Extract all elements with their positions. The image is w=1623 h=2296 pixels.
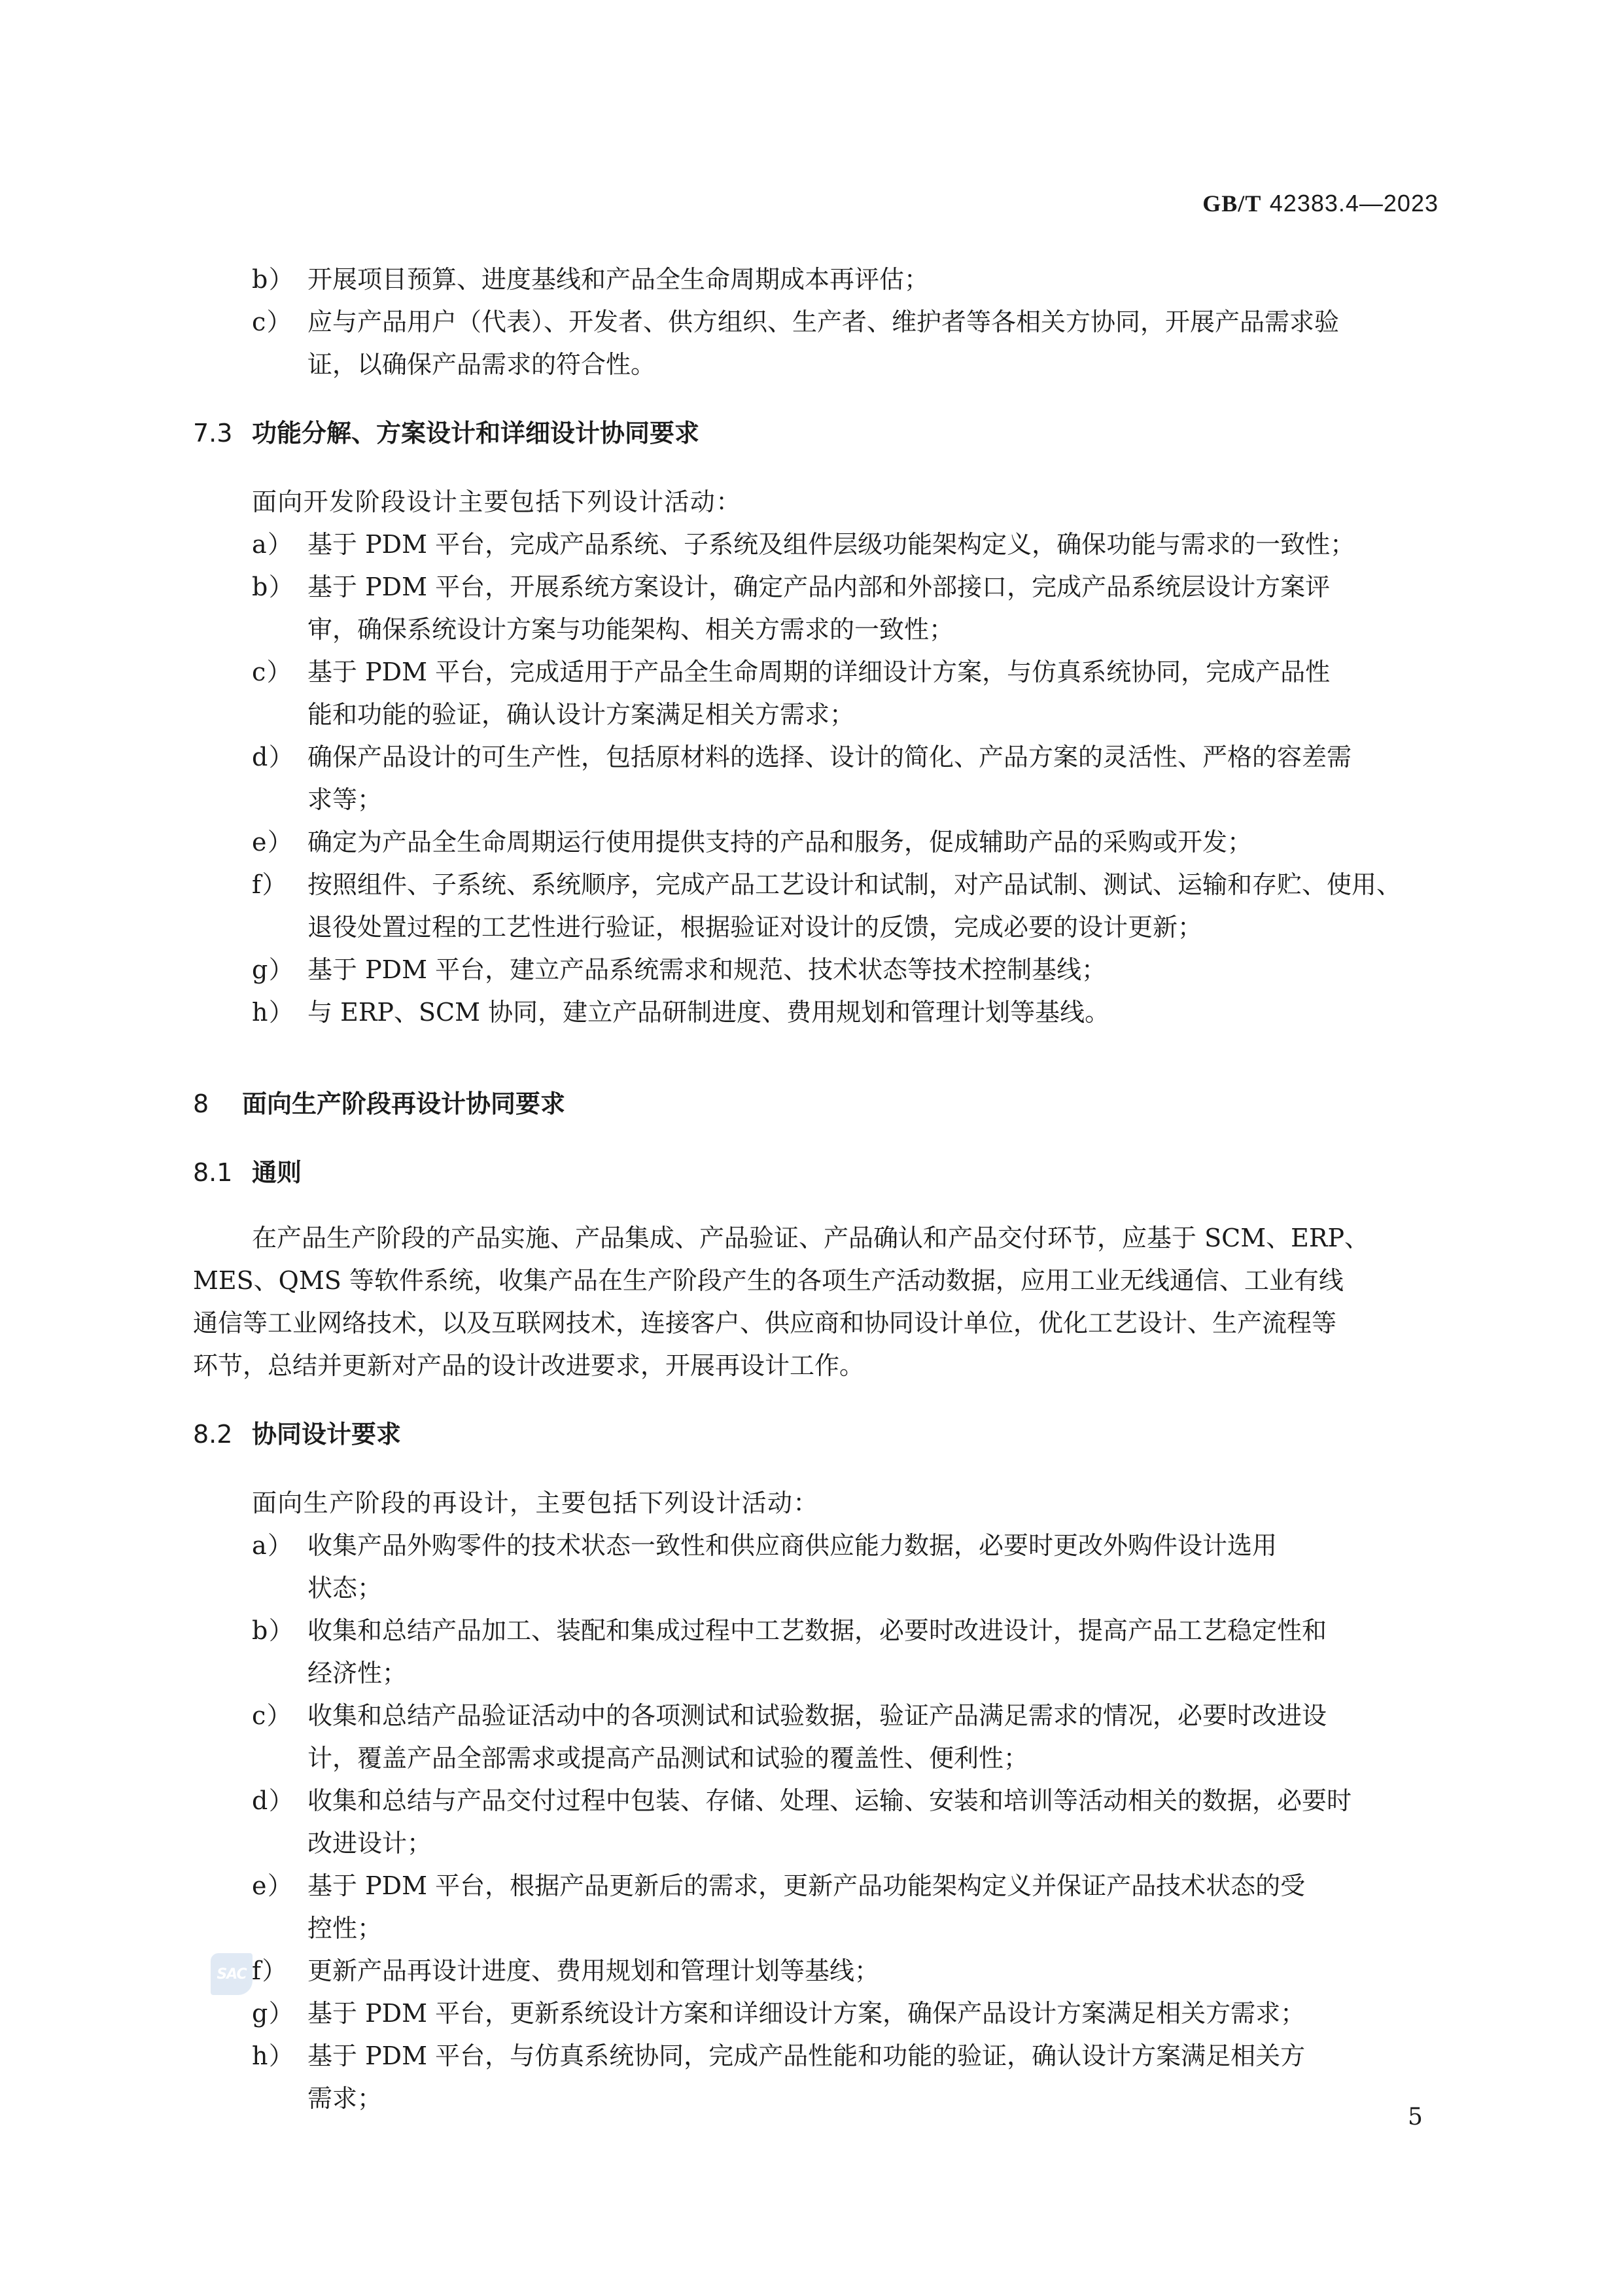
section-title: 协同设计要求: [252, 1420, 401, 1449]
section-number: 8: [193, 1083, 242, 1125]
list-item-text: 改进设计；: [307, 1822, 1439, 1865]
page-number: 5: [1408, 2104, 1423, 2130]
list-marker: e）: [252, 821, 293, 864]
list-item-text: 经济性；: [307, 1652, 1439, 1695]
list-item: g） 基于 PDM 平台，更新系统设计方案和详细设计方案，确保产品设计方案满足相…: [193, 1992, 1439, 2035]
list-item-text: 基于 PDM 平台，根据产品更新后的需求，更新产品功能架构定义并保证产品技术状态…: [307, 1865, 1439, 1907]
list-item: d） 收集和总结与产品交付过程中包装、存储、处理、运输、安装和培训等活动相关的数…: [193, 1780, 1439, 1865]
list-item-text: 收集和总结与产品交付过程中包装、存储、处理、运输、安装和培训等活动相关的数据，必…: [307, 1780, 1439, 1822]
list-item: f） 按照组件、子系统、系统顺序，完成产品工艺设计和试制，对产品试制、测试、运输…: [193, 864, 1439, 949]
list-item-text: 基于 PDM 平台，更新系统设计方案和详细设计方案，确保产品设计方案满足相关方需…: [307, 1992, 1439, 2035]
list-marker: c）: [252, 1695, 292, 1737]
list-item-text: 确保产品设计的可生产性，包括原材料的选择、设计的简化、产品方案的灵活性、严格的容…: [307, 736, 1439, 779]
section-heading-7-3: 7.3功能分解、方案设计和详细设计协同要求: [193, 412, 1439, 455]
general-paragraph: 在产品生产阶段的产品实施、产品集成、产品验证、产品确认和产品交付环节，应基于 S…: [193, 1217, 1439, 1387]
section-number: 7.3: [193, 412, 252, 455]
section-heading-8-1: 8.1通则: [193, 1152, 1439, 1194]
list-item-text: 收集和总结产品加工、装配和集成过程中工艺数据，必要时改进设计，提高产品工艺稳定性…: [307, 1610, 1439, 1652]
list-item-text: 更新产品再设计进度、费用规划和管理计划等基线；: [307, 1950, 1439, 1992]
section-heading-8-2: 8.2协同设计要求: [193, 1413, 1439, 1456]
list-item: h） 与 ERP、SCM 协同，建立产品研制进度、费用规划和管理计划等基线。: [193, 991, 1439, 1034]
design-activities-list-8-2: a） 收集产品外购零件的技术状态一致性和供应商供应能力数据，必要时更改外购件设计…: [193, 1525, 1439, 2120]
list-item-text: 计，覆盖产品全部需求或提高产品测试和试验的覆盖性、便利性；: [307, 1737, 1439, 1780]
list-item-text: 证，以确保产品需求的符合性。: [307, 344, 1439, 386]
list-item: a） 基于 PDM 平台，完成产品系统、子系统及组件层级功能架构定义，确保功能与…: [193, 523, 1439, 566]
list-item: e） 确定为产品全生命周期运行使用提供支持的产品和服务，促成辅助产品的采购或开发…: [193, 821, 1439, 864]
list-item-text: 基于 PDM 平台，开展系统方案设计，确定产品内部和外部接口，完成产品系统层设计…: [307, 566, 1439, 609]
document-body: b） 开展项目预算、进度基线和产品全生命周期成本再评估； c） 应与产品用户（代…: [193, 258, 1439, 2120]
list-item-text: 能和功能的验证，确认设计方案满足相关方需求；: [307, 694, 1439, 736]
list-marker: f）: [252, 1950, 288, 1992]
list-marker: c）: [252, 301, 292, 344]
section-title: 面向生产阶段再设计协同要求: [242, 1089, 565, 1118]
section-intro: 面向开发阶段设计主要包括下列设计活动：: [193, 481, 1439, 523]
list-marker: g）: [252, 1992, 294, 2035]
list-marker: d）: [252, 1780, 294, 1822]
paragraph-line: MES、QMS 等软件系统，收集产品在生产阶段产生的各项生产活动数据，应用工业无…: [193, 1260, 1439, 1302]
paragraph-line: 在产品生产阶段的产品实施、产品集成、产品验证、产品确认和产品交付环节，应基于 S…: [193, 1217, 1439, 1260]
list-item: b） 收集和总结产品加工、装配和集成过程中工艺数据，必要时改进设计，提高产品工艺…: [193, 1610, 1439, 1695]
list-item: g） 基于 PDM 平台，建立产品系统需求和规范、技术状态等技术控制基线；: [193, 949, 1439, 991]
list-marker: c）: [252, 651, 292, 694]
section-title: 功能分解、方案设计和详细设计协同要求: [252, 419, 699, 448]
list-item: e） 基于 PDM 平台，根据产品更新后的需求，更新产品功能架构定义并保证产品技…: [193, 1865, 1439, 1950]
prev-item-list: b） 开展项目预算、进度基线和产品全生命周期成本再评估； c） 应与产品用户（代…: [193, 258, 1439, 386]
list-marker: h）: [252, 2035, 294, 2077]
list-marker: d）: [252, 736, 294, 779]
list-item: b） 开展项目预算、进度基线和产品全生命周期成本再评估；: [193, 258, 1439, 301]
section-number: 8.1: [193, 1152, 252, 1194]
list-item-text: 基于 PDM 平台，完成产品系统、子系统及组件层级功能架构定义，确保功能与需求的…: [307, 523, 1439, 566]
list-item-text: 按照组件、子系统、系统顺序，完成产品工艺设计和试制，对产品试制、测试、运输和存贮…: [307, 864, 1439, 906]
list-item-text: 求等；: [307, 779, 1439, 821]
list-item-text: 控性；: [307, 1907, 1439, 1950]
list-marker: b）: [252, 258, 294, 301]
design-activities-list-7-3: a） 基于 PDM 平台，完成产品系统、子系统及组件层级功能架构定义，确保功能与…: [193, 523, 1439, 1034]
list-item-text: 状态；: [307, 1567, 1439, 1610]
paragraph-line: 通信等工业网络技术，以及互联网技术，连接客户、供应商和协同设计单位，优化工艺设计…: [193, 1302, 1439, 1345]
list-marker: f）: [252, 864, 288, 906]
list-item-text: 与 ERP、SCM 协同，建立产品研制进度、费用规划和管理计划等基线。: [307, 991, 1439, 1034]
list-marker: g）: [252, 949, 294, 991]
list-item-text: 开展项目预算、进度基线和产品全生命周期成本再评估；: [307, 258, 1439, 301]
list-item: c） 收集和总结产品验证活动中的各项测试和试验数据，验证产品满足需求的情况，必要…: [193, 1695, 1439, 1780]
list-item-text: 基于 PDM 平台，与仿真系统协同，完成产品性能和功能的验证，确认设计方案满足相…: [307, 2035, 1439, 2077]
list-item-text: 需求；: [307, 2077, 1439, 2120]
list-marker: b）: [252, 566, 294, 609]
sac-logo-text: SAC: [217, 1966, 246, 1983]
list-item: d） 确保产品设计的可生产性，包括原材料的选择、设计的简化、产品方案的灵活性、严…: [193, 736, 1439, 821]
list-item-text: 应与产品用户（代表）、开发者、供方组织、生产者、维护者等各相关方协同，开展产品需…: [307, 301, 1439, 344]
section-intro: 面向生产阶段的再设计，主要包括下列设计活动：: [193, 1482, 1439, 1525]
list-marker: e）: [252, 1865, 293, 1907]
list-item-text: 退役处置过程的工艺性进行验证，根据验证对设计的反馈，完成必要的设计更新；: [307, 906, 1439, 949]
standard-number: 42383.4—2023: [1270, 190, 1439, 217]
list-item-text: 收集和总结产品验证活动中的各项测试和试验数据，验证产品满足需求的情况，必要时改进…: [307, 1695, 1439, 1737]
list-marker: h）: [252, 991, 294, 1034]
list-item-text: 收集产品外购零件的技术状态一致性和供应商供应能力数据，必要时更改外购件设计选用: [307, 1525, 1439, 1567]
list-item: c） 应与产品用户（代表）、开发者、供方组织、生产者、维护者等各相关方协同，开展…: [193, 301, 1439, 386]
list-item: h） 基于 PDM 平台，与仿真系统协同，完成产品性能和功能的验证，确认设计方案…: [193, 2035, 1439, 2120]
list-item: c） 基于 PDM 平台，完成适用于产品全生命周期的详细设计方案，与仿真系统协同…: [193, 651, 1439, 736]
section-title: 通则: [252, 1158, 302, 1187]
list-item-text: 基于 PDM 平台，完成适用于产品全生命周期的详细设计方案，与仿真系统协同，完成…: [307, 651, 1439, 694]
list-marker: a）: [252, 523, 293, 566]
list-item: a） 收集产品外购零件的技术状态一致性和供应商供应能力数据，必要时更改外购件设计…: [193, 1525, 1439, 1610]
standard-code-header: GB/T 42383.4—2023: [1202, 190, 1439, 217]
list-item: b） 基于 PDM 平台，开展系统方案设计，确定产品内部和外部接口，完成产品系统…: [193, 566, 1439, 651]
list-item-text: 确定为产品全生命周期运行使用提供支持的产品和服务，促成辅助产品的采购或开发；: [307, 821, 1439, 864]
standard-prefix: GB/T: [1202, 190, 1261, 217]
list-item: f） 更新产品再设计进度、费用规划和管理计划等基线；: [193, 1950, 1439, 1992]
list-item-text: 基于 PDM 平台，建立产品系统需求和规范、技术状态等技术控制基线；: [307, 949, 1439, 991]
section-heading-8: 8面向生产阶段再设计协同要求: [193, 1083, 1439, 1125]
section-number: 8.2: [193, 1413, 252, 1456]
list-marker: b）: [252, 1610, 294, 1652]
paragraph-line: 环节，总结并更新对产品的设计改进要求，开展再设计工作。: [193, 1345, 1439, 1387]
list-item-text: 审，确保系统设计方案与功能架构、相关方需求的一致性；: [307, 609, 1439, 651]
sac-watermark-logo: SAC: [211, 1953, 253, 1995]
list-marker: a）: [252, 1525, 293, 1567]
